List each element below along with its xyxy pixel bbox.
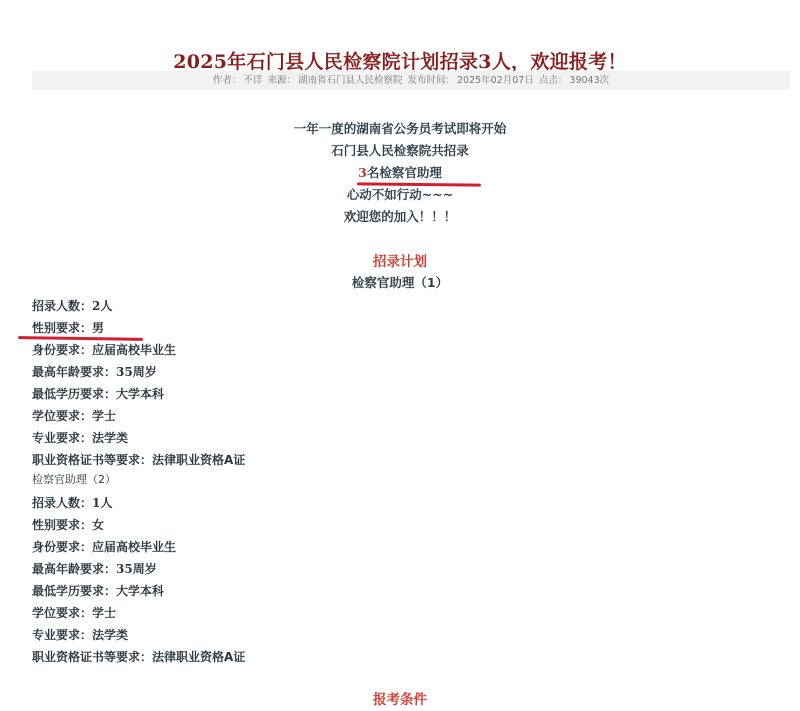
- req-value: 法律职业资格A证: [152, 650, 245, 664]
- req-label: 招录人数：: [32, 496, 92, 510]
- requirements-list-post-1: 招录人数：2人 性别要求：男 身份要求：应届高校毕业生 最高年龄要求：35周岁 …: [32, 295, 245, 471]
- req-value: 2人: [92, 299, 112, 313]
- req-value: 法学类: [92, 431, 128, 445]
- meta-date-label: 发布时间：: [407, 75, 455, 86]
- meta-clicks: 39043次: [569, 75, 609, 86]
- req-label: 最高年龄要求：: [32, 365, 116, 379]
- intro-block: 一年一度的湖南省公务员考试即将开始 石门县人民检察院共招录 3名检察官助理 心动…: [0, 118, 800, 228]
- req-certificate: 职业资格证书等要求：法律职业资格A证: [32, 646, 245, 668]
- req-label: 招录人数：: [32, 299, 92, 313]
- article-title: 2025年石门县人民检察院计划招录3人，欢迎报考！: [0, 47, 800, 74]
- req-max-age: 最高年龄要求：35周岁: [32, 361, 245, 383]
- meta-date: 2025年02月07日: [457, 75, 534, 86]
- section-heading-recruit-plan: 招录计划: [0, 250, 800, 270]
- req-label: 最低学历要求：: [32, 387, 116, 401]
- req-label: 身份要求：: [32, 343, 92, 357]
- req-min-education: 最低学历要求：大学本科: [32, 580, 245, 602]
- req-value: 法学类: [92, 628, 128, 642]
- meta-clicks-label: 点击：: [539, 75, 568, 86]
- req-value: 应届高校毕业生: [92, 540, 176, 554]
- req-value: 35周岁: [116, 562, 157, 576]
- section-heading-conditions: 报考条件: [0, 688, 800, 708]
- req-gender: 性别要求：男: [32, 317, 245, 339]
- intro-line-3: 3名检察官助理: [0, 162, 800, 184]
- req-value: 学士: [92, 606, 116, 620]
- requirements-list-post-2: 招录人数：1人 性别要求：女 身份要求：应届高校毕业生 最高年龄要求：35周岁 …: [32, 492, 245, 668]
- req-max-age: 最高年龄要求：35周岁: [32, 558, 245, 580]
- post-heading-1: 检察官助理（1）: [0, 273, 800, 291]
- req-min-education: 最低学历要求：大学本科: [32, 383, 245, 405]
- req-headcount: 招录人数：1人: [32, 492, 245, 514]
- req-label: 最高年龄要求：: [32, 562, 116, 576]
- req-degree: 学位要求：学士: [32, 602, 245, 624]
- article-meta-bar: 作者：不详 来源：湖南省石门县人民检察院 发布时间：2025年02月07日 点击…: [32, 71, 790, 90]
- req-label: 性别要求：: [32, 518, 92, 532]
- req-label: 专业要求：: [32, 628, 92, 642]
- req-value: 大学本科: [116, 387, 164, 401]
- intro-line-3-text: 名检察官助理: [367, 165, 442, 180]
- req-degree: 学位要求：学士: [32, 405, 245, 427]
- req-value: 女: [92, 518, 104, 532]
- req-label: 学位要求：: [32, 409, 92, 423]
- req-value: 1人: [92, 496, 112, 510]
- req-identity: 身份要求：应届高校毕业生: [32, 339, 245, 361]
- req-label: 职业资格证书等要求：: [32, 453, 152, 467]
- meta-source: 湖南省石门县人民检察院: [298, 75, 403, 86]
- meta-author: 不详: [243, 75, 262, 86]
- post-heading-2: 检察官助理（2）: [32, 470, 116, 490]
- intro-line-5: 欢迎您的加入！！！: [0, 206, 800, 228]
- intro-line-4: 心动不如行动~~~: [0, 184, 800, 206]
- req-value: 学士: [92, 409, 116, 423]
- req-label: 学位要求：: [32, 606, 92, 620]
- req-identity: 身份要求：应届高校毕业生: [32, 536, 245, 558]
- req-certificate: 职业资格证书等要求：法律职业资格A证: [32, 449, 245, 471]
- req-label: 专业要求：: [32, 431, 92, 445]
- req-gender: 性别要求：女: [32, 514, 245, 536]
- req-label: 最低学历要求：: [32, 584, 116, 598]
- req-value: 应届高校毕业生: [92, 343, 176, 357]
- intro-line-2: 石门县人民检察院共招录: [0, 140, 800, 162]
- req-value: 大学本科: [116, 584, 164, 598]
- req-label: 性别要求：: [32, 321, 92, 335]
- req-major: 专业要求：法学类: [32, 427, 245, 449]
- req-headcount: 招录人数：2人: [32, 295, 245, 317]
- req-value: 35周岁: [116, 365, 157, 379]
- req-major: 专业要求：法学类: [32, 624, 245, 646]
- req-value: 法律职业资格A证: [152, 453, 245, 467]
- req-label: 职业资格证书等要求：: [32, 650, 152, 664]
- highlight-number: 3: [358, 165, 367, 180]
- intro-line-1: 一年一度的湖南省公务员考试即将开始: [0, 118, 800, 140]
- req-value: 男: [92, 321, 104, 335]
- meta-author-label: 作者：: [213, 75, 242, 86]
- req-label: 身份要求：: [32, 540, 92, 554]
- meta-source-label: 来源：: [267, 75, 296, 86]
